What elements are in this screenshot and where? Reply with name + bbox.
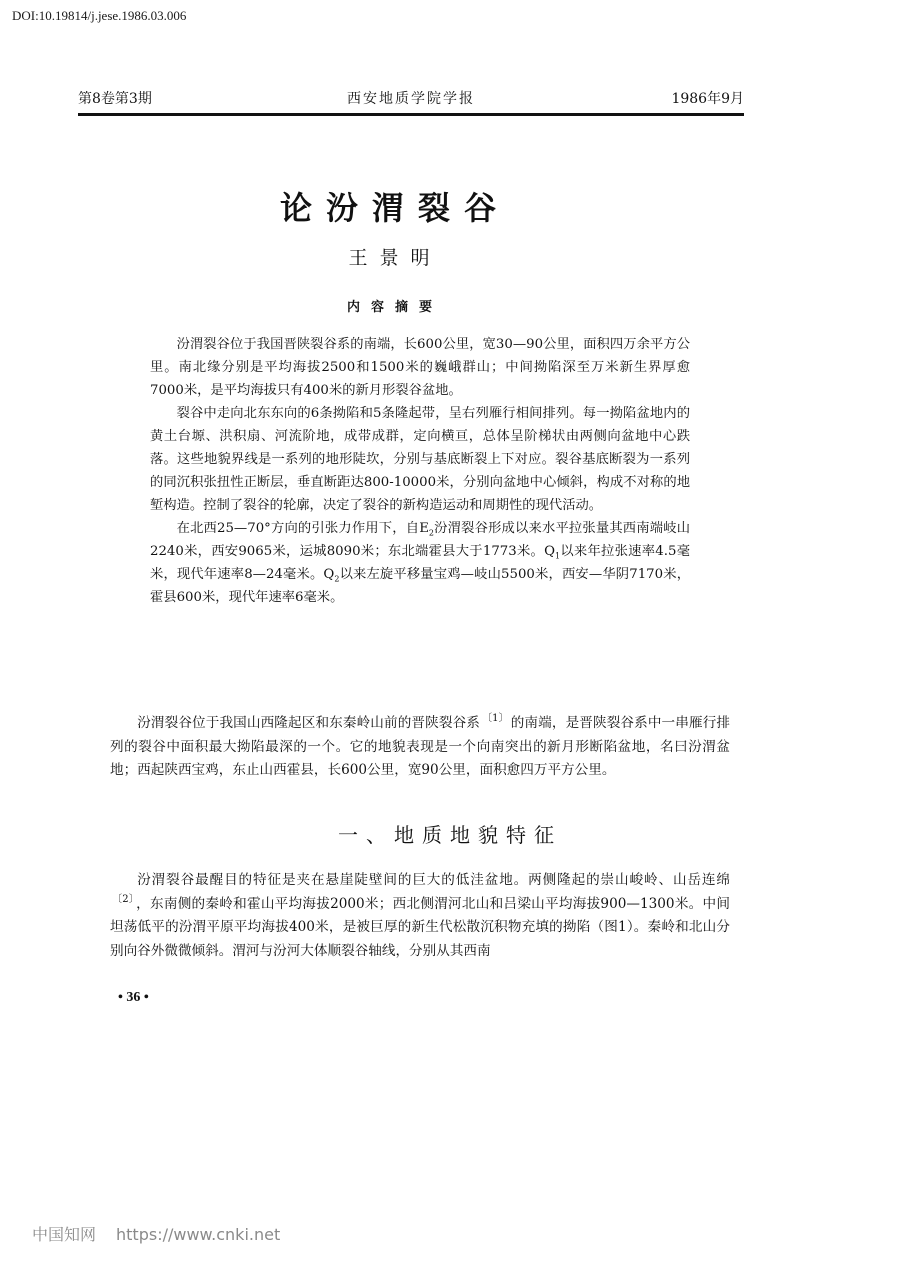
body-paragraph: 汾渭裂谷位于我国山西隆起区和东秦岭山前的晋陕裂谷系〔1〕的南端，是晋陕裂谷系中一…	[110, 712, 730, 783]
page-number: • 36 •	[118, 990, 149, 1006]
body-text: 汾渭裂谷最醒目的特征是夹在悬崖陡壁间的巨大的低洼盆地。两侧隆起的崇山峻岭、山岳连…	[137, 872, 730, 888]
doi-label: DOI:10.19814/j.jese.1986.03.006	[12, 8, 186, 24]
body-text: ，东南侧的秦岭和霍山平均海拔2000米；西北侧渭河北山和吕梁山平均海拔900—1…	[110, 896, 730, 959]
citation-link[interactable]: 〔1〕	[480, 713, 511, 724]
article-author: 王景明	[0, 243, 790, 270]
section-body: 汾渭裂谷最醒目的特征是夹在悬崖陡壁间的巨大的低洼盆地。两侧隆起的崇山峻岭、山岳连…	[110, 869, 730, 963]
body-text: 汾渭裂谷位于我国山西隆起区和东秦岭山前的晋陕裂谷系	[137, 715, 480, 731]
abstract-paragraph: 汾渭裂谷位于我国晋陕裂谷系的南端，长600公里，宽30—90公里，面积四万余平方…	[150, 333, 690, 402]
abstract-paragraph: 裂谷中走向北东东向的6条拗陷和5条隆起带，呈右列雁行相间排列。每一拗陷盆地内的黄…	[150, 402, 690, 517]
cnki-watermark: 中国知网https://www.cnki.net	[32, 1222, 280, 1245]
journal-name: 西安地质学院学报	[78, 88, 744, 108]
abstract-text: 在北西25—70°方向的引张力作用下，自E	[177, 521, 429, 536]
watermark-site-name: 中国知网	[32, 1225, 96, 1244]
section-heading: 一、地质地貌特征	[0, 819, 900, 848]
abstract-paragraph: 在北西25—70°方向的引张力作用下，自E2汾渭裂谷形成以来水平拉张量其西南端岐…	[150, 517, 690, 609]
abstract: 汾渭裂谷位于我国晋陕裂谷系的南端，长600公里，宽30—90公里，面积四万余平方…	[150, 333, 690, 609]
abstract-heading: 内容摘要	[0, 296, 790, 315]
intro-section: 汾渭裂谷位于我国山西隆起区和东秦岭山前的晋陕裂谷系〔1〕的南端，是晋陕裂谷系中一…	[110, 712, 730, 783]
running-header: 第8卷第3期 西安地质学院学报 1986年9月	[78, 88, 744, 110]
watermark-url[interactable]: https://www.cnki.net	[116, 1225, 280, 1244]
publication-date: 1986年9月	[671, 88, 744, 108]
header-rule	[78, 113, 744, 116]
article-title: 论汾渭裂谷	[0, 183, 790, 229]
body-paragraph: 汾渭裂谷最醒目的特征是夹在悬崖陡壁间的巨大的低洼盆地。两侧隆起的崇山峻岭、山岳连…	[110, 869, 730, 963]
citation-link[interactable]: 〔2〕	[110, 894, 136, 905]
